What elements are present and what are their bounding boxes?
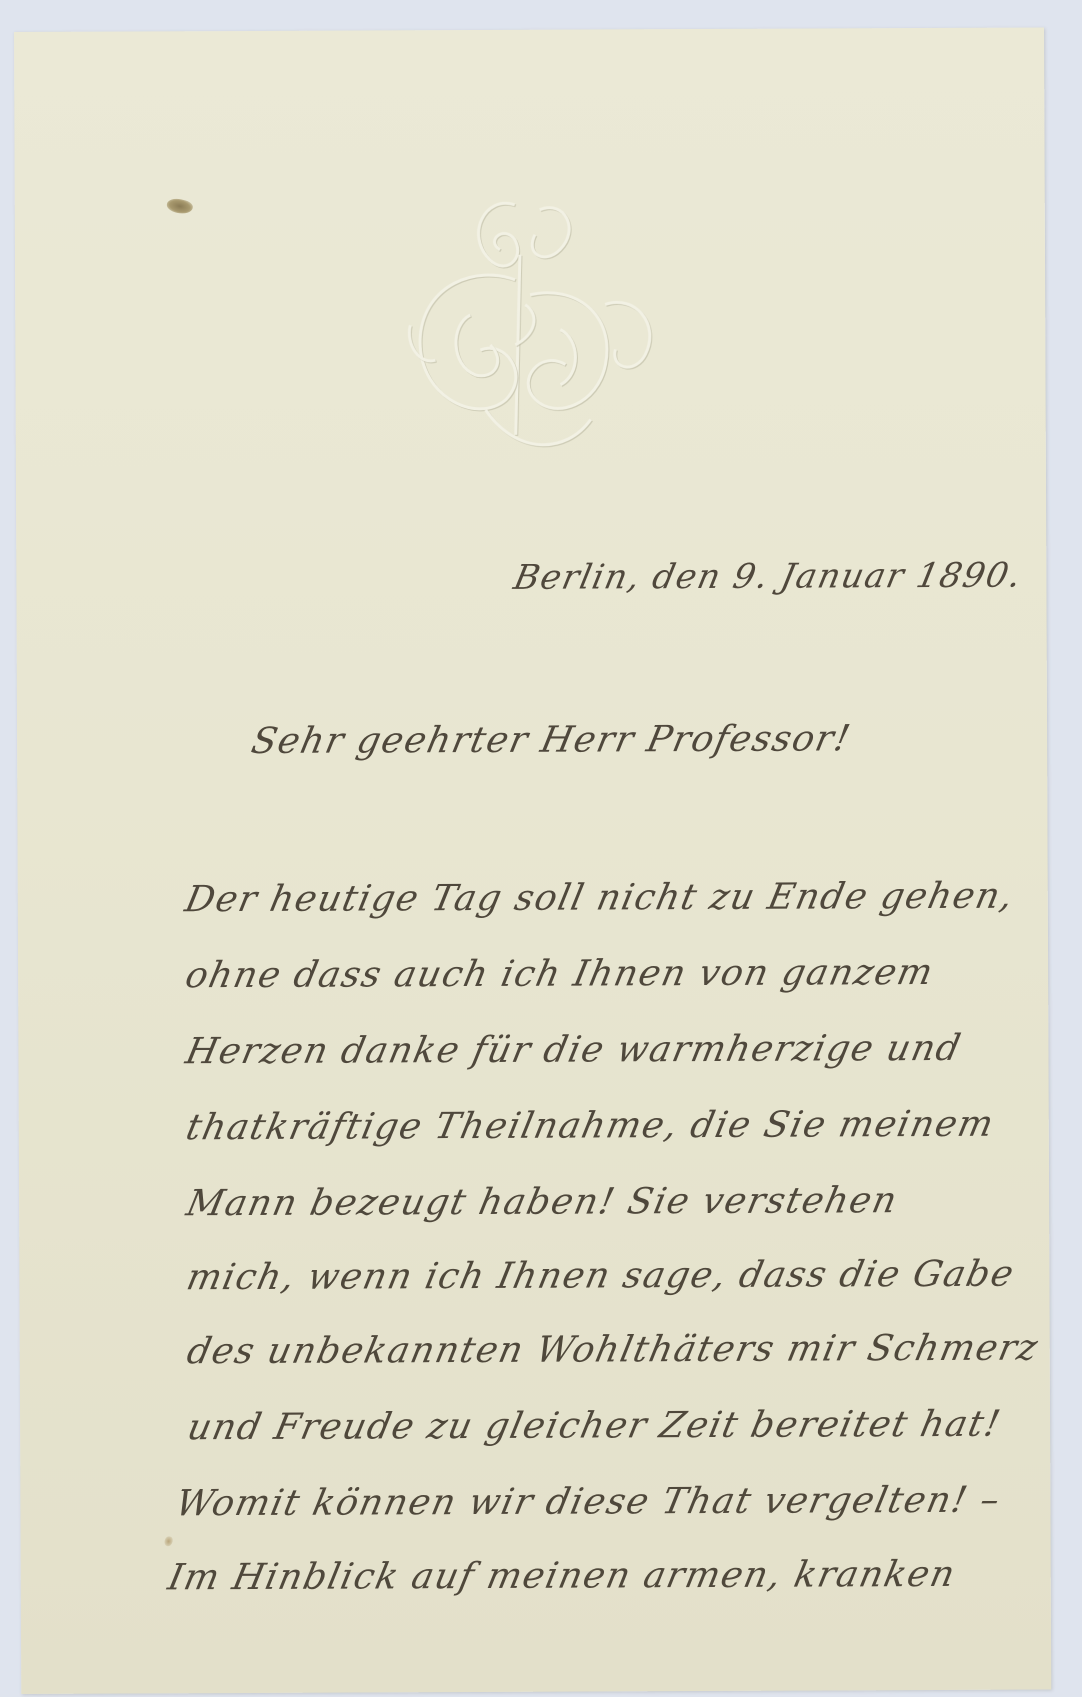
body-line: des unbekannten Wohlthäters mir Schmerz xyxy=(183,1328,1042,1373)
ink-stain xyxy=(166,197,194,216)
small-stain xyxy=(164,1536,174,1547)
body-line: Mann bezeugt haben! Sie verstehen xyxy=(183,1180,902,1224)
body-line: mich, wenn ich Ihnen sage, dass die Gabe xyxy=(183,1254,1018,1299)
body-line: Im Hinblick auf meinen armen, kranken xyxy=(164,1554,959,1598)
body-line: Womit können wir diese That vergelten! – xyxy=(172,1480,1004,1525)
letter-paper: Berlin, den 9. Januar 1890. Sehr geehrte… xyxy=(14,28,1051,1694)
embossed-monogram-icon xyxy=(365,164,686,485)
body-line: thatkräftige Theilnahme, die Sie meinem xyxy=(183,1104,999,1149)
salutation: Sehr geehrter Herr Professor! xyxy=(248,718,855,762)
date-line: Berlin, den 9. Januar 1890. xyxy=(510,556,1026,598)
body-line: Der heutige Tag soll nicht zu Ende gehen… xyxy=(182,876,1018,921)
body-line: Herzen danke für die warmherzige und xyxy=(182,1028,965,1072)
body-line: ohne dass auch ich Ihnen von ganzem xyxy=(182,952,938,996)
body-line: und Freude zu gleicher Zeit bereitet hat… xyxy=(184,1404,1005,1449)
